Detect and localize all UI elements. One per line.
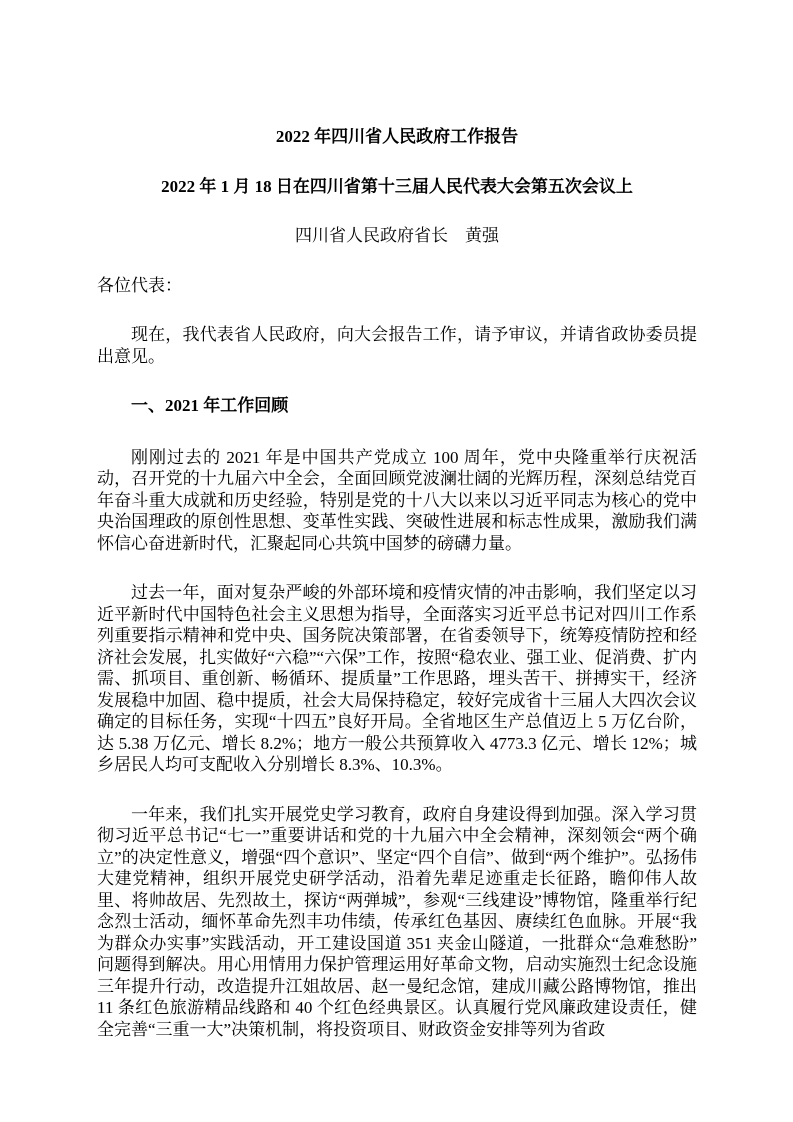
section-heading: 一、2021 年工作回顾 — [97, 395, 697, 417]
salutation: 各位代表： — [97, 275, 697, 297]
author-line: 四川省人民政府省长 黄强 — [97, 225, 697, 247]
document-page: 2022 年四川省人民政府工作报告 2022 年 1 月 18 日在四川省第十三… — [0, 0, 793, 1122]
doc-title: 2022 年四川省人民政府工作报告 — [97, 126, 697, 148]
doc-subtitle: 2022 年 1 月 18 日在四川省第十三届人民代表大会第五次会议上 — [97, 176, 697, 198]
paragraph-party-anniversary: 刚刚过去的 2021 年是中国共产党成立 100 周年，党中央隆重举行庆祝活动，… — [97, 447, 697, 555]
paragraph-party-history-education: 一年来，我们扎实开展党史学习教育，政府自身建设得到加强。深入学习贯彻习近平总书记… — [97, 804, 697, 1041]
paragraph-economic-results: 过去一年，面对复杂严峻的外部环境和疫情灾情的冲击影响，我们坚定以习近平新时代中国… — [97, 582, 697, 776]
intro-paragraph: 现在，我代表省人民政府，向大会报告工作，请予审议，并请省政协委员提出意见。 — [97, 324, 697, 367]
